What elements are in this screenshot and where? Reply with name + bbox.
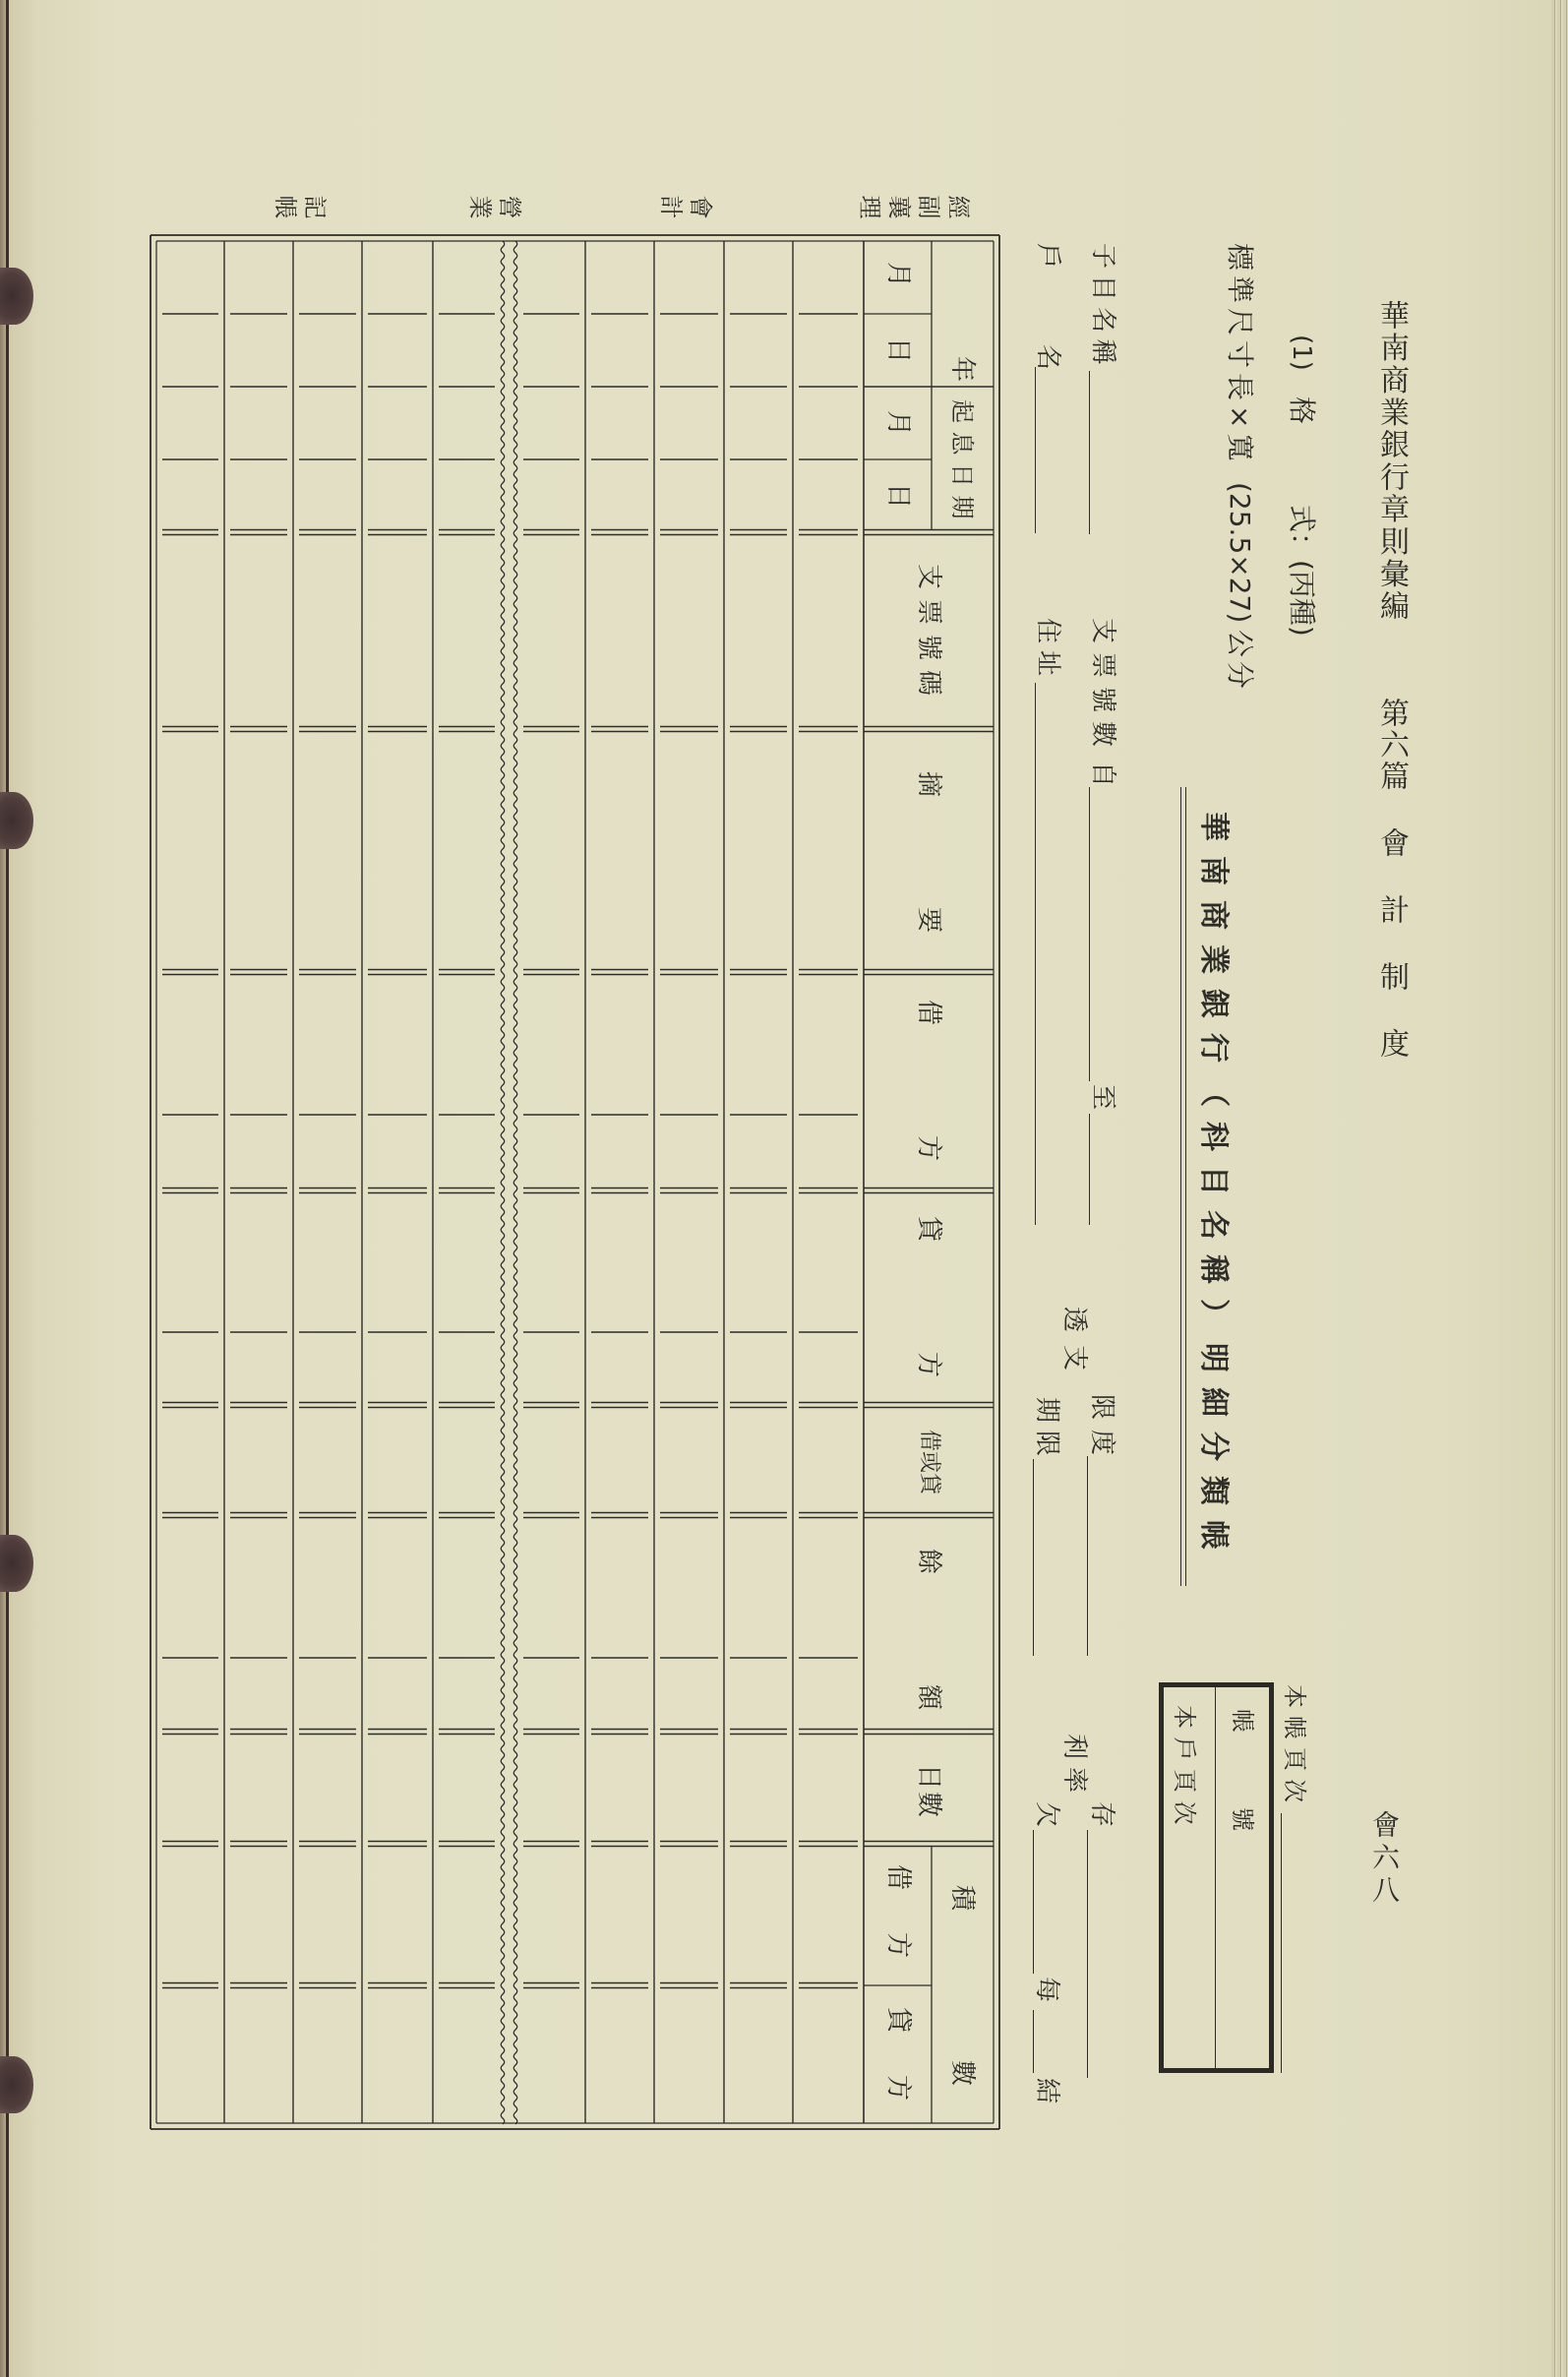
- wavy-separator-line: [501, 241, 505, 2124]
- header-days: 日數: [916, 1764, 941, 1819]
- header-product: 積數: [949, 1885, 975, 2235]
- binding-hole-icon: [0, 1535, 33, 1592]
- ledger-row: [362, 241, 433, 2123]
- stacked-page-edges: [1551, 0, 1568, 2377]
- header-product-debit: 借方: [885, 1864, 911, 2000]
- ledger-row: [793, 241, 864, 2123]
- header-value-day: 日: [885, 483, 911, 509]
- running-header-book-title: 華南商業銀行章則彙編: [1376, 300, 1406, 623]
- ledger-row: [517, 241, 585, 2123]
- ledger-row: [433, 241, 501, 2123]
- binding-hole-icon: [0, 792, 33, 849]
- rotated-ledger-form: (1) 格 式： (丙種) 標準尺寸長×寬 (25.5×27) 公分 華南商業銀…: [143, 148, 1323, 2214]
- ledger-row: [293, 241, 362, 2123]
- header-year: 年: [949, 356, 975, 382]
- ledger-row: [156, 241, 224, 2123]
- header-product-credit: 貸方: [885, 2007, 911, 2143]
- page-number: 會六八: [1370, 1810, 1398, 1908]
- header-day: 日: [885, 337, 911, 363]
- header-cheque-no: 支票號碼: [916, 564, 941, 705]
- ledger-row: [585, 241, 654, 2123]
- running-header-chapter: 第六篇: [1376, 698, 1406, 792]
- binding-hole-icon: [0, 2056, 33, 2113]
- header-month: 月: [885, 262, 911, 287]
- ledger-row: [724, 241, 793, 2123]
- ledger-row: [224, 241, 293, 2123]
- header-dr-or-cr: 借或貸: [918, 1430, 939, 1494]
- book-spine-shadow: [6, 0, 9, 2377]
- ledger-row: [654, 241, 724, 2123]
- header-value-month: 月: [885, 410, 911, 436]
- running-header-section: 會計制度: [1376, 827, 1406, 1095]
- scanned-book-page: 華南商業銀行章則彙編 第六篇 會計制度 會六八 (1) 格 式： (丙種) 標準…: [0, 0, 1568, 2377]
- header-value-date: 起息日期: [950, 399, 974, 527]
- binding-hole-icon: [0, 268, 33, 325]
